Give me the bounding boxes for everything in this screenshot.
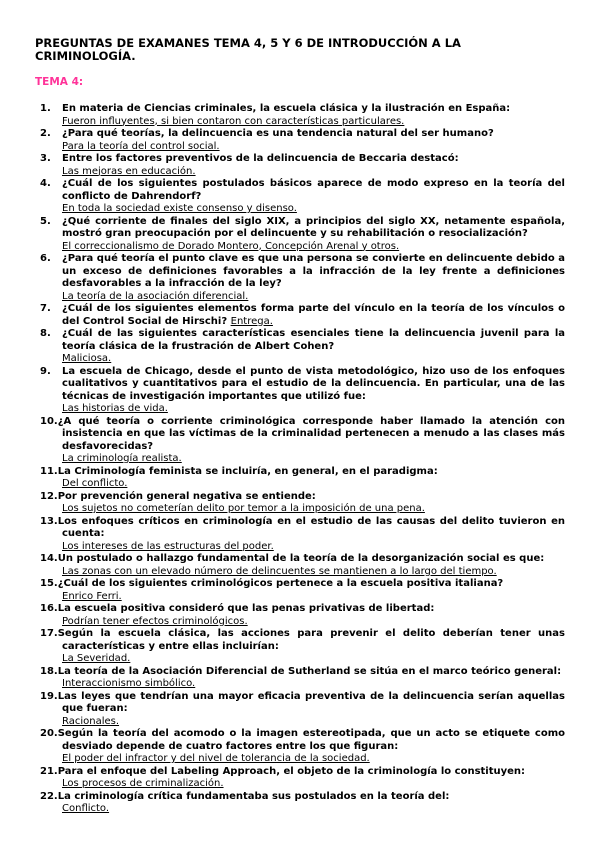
question-text: 15.¿Cuál de los siguientes criminológico…: [40, 578, 565, 591]
question-body: La Criminología feminista se incluiría, …: [58, 466, 438, 477]
question-number: 13.: [40, 516, 58, 527]
answer-text: Del conflicto.: [40, 478, 565, 491]
question-number: 1.: [40, 103, 62, 116]
answer-text: El poder del infractor y del nivel de to…: [40, 753, 565, 766]
question-item: 5.¿Qué corriente de finales del siglo XI…: [40, 216, 565, 254]
question-body: Entre los factores preventivos de la del…: [62, 153, 459, 164]
question-text: 3.Entre los factores preventivos de la d…: [40, 153, 565, 166]
question-text: 12.Por prevención general negativa se en…: [40, 491, 565, 504]
answer-text: Las historias de vida.: [40, 403, 565, 416]
question-number: 16.: [40, 603, 58, 614]
question-list: 1.En materia de Ciencias criminales, la …: [35, 103, 565, 816]
question-body: Los enfoques críticos en criminología en…: [58, 516, 565, 540]
question-number: 21.: [40, 766, 58, 777]
question-item: 13.Los enfoques críticos en criminología…: [40, 516, 565, 554]
question-item: 18.La teoría de la Asociación Diferencia…: [40, 666, 565, 691]
question-item: 19.Las leyes que tendrían una mayor efic…: [40, 691, 565, 729]
answer-text: Interaccionismo simbólico.: [40, 678, 565, 691]
question-body: ¿Cuál de las siguientes características …: [62, 328, 565, 352]
question-item: 10.¿A qué teoría o corriente criminológi…: [40, 416, 565, 466]
question-number: 22.: [40, 791, 58, 802]
question-text: 21.Para el enfoque del Labeling Approach…: [40, 766, 565, 779]
question-item: 12.Por prevención general negativa se en…: [40, 491, 565, 516]
question-item: 22.La criminología crítica fundamentaba …: [40, 791, 565, 816]
question-item: 14.Un postulado o hallazgo fundamental d…: [40, 553, 565, 578]
document-page: PREGUNTAS DE EXAMANES TEMA 4, 5 Y 6 DE I…: [0, 0, 599, 848]
answer-text: Los intereses de las estructuras del pod…: [40, 541, 565, 554]
question-text: 5.¿Qué corriente de finales del siglo XI…: [40, 216, 565, 241]
question-number: 11.: [40, 466, 58, 477]
answer-text: La teoría de la asociación diferencial.: [40, 291, 565, 304]
question-text: 6.¿Para qué teoría el punto clave es que…: [40, 253, 565, 291]
question-body: ¿Cuál de los siguientes postulados básic…: [62, 178, 565, 202]
question-body: ¿Para qué teorías, la delincuencia es un…: [62, 128, 494, 139]
question-body: La escuela positiva consideró que las pe…: [58, 603, 435, 614]
answer-text: La criminología realista.: [40, 453, 565, 466]
answer-text: Conflicto.: [40, 803, 565, 816]
question-item: 3.Entre los factores preventivos de la d…: [40, 153, 565, 178]
question-text: 22.La criminología crítica fundamentaba …: [40, 791, 565, 804]
question-item: 20.Según la teoría del acomodo o la imag…: [40, 728, 565, 766]
question-number: 12.: [40, 491, 58, 502]
question-text: 10.¿A qué teoría o corriente criminológi…: [40, 416, 565, 454]
question-text: 7.¿Cuál de los siguientes elementos form…: [40, 303, 565, 328]
question-item: 1.En materia de Ciencias criminales, la …: [40, 103, 565, 128]
question-item: 4.¿Cuál de los siguientes postulados bás…: [40, 178, 565, 216]
question-number: 5.: [40, 216, 62, 229]
question-number: 7.: [40, 303, 62, 316]
question-body: Las leyes que tendrían una mayor eficaci…: [58, 691, 565, 715]
question-body: La criminología crítica fundamentaba sus…: [58, 791, 450, 802]
question-item: 15.¿Cuál de los siguientes criminológico…: [40, 578, 565, 603]
question-body: ¿A qué teoría o corriente criminológica …: [58, 416, 565, 452]
question-body: En materia de Ciencias criminales, la es…: [62, 103, 510, 114]
question-item: 7.¿Cuál de los siguientes elementos form…: [40, 303, 565, 328]
question-item: 9.La escuela de Chicago, desde el punto …: [40, 366, 565, 416]
question-body: La escuela de Chicago, desde el punto de…: [62, 366, 565, 402]
question-body: ¿Para qué teoría el punto clave es que u…: [62, 253, 565, 289]
question-text: 14.Un postulado o hallazgo fundamental d…: [40, 553, 565, 566]
question-text: 18.La teoría de la Asociación Diferencia…: [40, 666, 565, 679]
question-text: 16.La escuela positiva consideró que las…: [40, 603, 565, 616]
question-number: 19.: [40, 691, 58, 702]
answer-text: Los procesos de criminalización.: [40, 778, 565, 791]
question-number: 20.: [40, 728, 58, 739]
question-item: 21.Para el enfoque del Labeling Approach…: [40, 766, 565, 791]
question-number: 10.: [40, 416, 58, 427]
answer-text: El correccionalismo de Dorado Montero, C…: [40, 241, 565, 254]
question-body: Un postulado o hallazgo fundamental de l…: [58, 553, 545, 564]
question-item: 11.La Criminología feminista se incluirí…: [40, 466, 565, 491]
question-text: 8.¿Cuál de las siguientes característica…: [40, 328, 565, 353]
question-body: La teoría de la Asociación Diferencial d…: [58, 666, 561, 677]
answer-text: Las zonas con un elevado número de delin…: [40, 566, 565, 579]
question-body: Para el enfoque del Labeling Approach, e…: [58, 766, 525, 777]
question-number: 6.: [40, 253, 62, 266]
document-title: PREGUNTAS DE EXAMANES TEMA 4, 5 Y 6 DE I…: [35, 37, 565, 63]
question-number: 8.: [40, 328, 62, 341]
question-text: 20.Según la teoría del acomodo o la imag…: [40, 728, 565, 753]
question-body: Según la teoría del acomodo o la imagen …: [58, 728, 565, 752]
question-text: 4.¿Cuál de los siguientes postulados bás…: [40, 178, 565, 203]
answer-text: Fueron influyentes, si bien contaron con…: [40, 116, 565, 129]
question-body: ¿Cuál de los siguientes elementos forma …: [62, 303, 565, 327]
answer-text: Racionales.: [40, 716, 565, 729]
question-item: 6.¿Para qué teoría el punto clave es que…: [40, 253, 565, 303]
question-number: 18.: [40, 666, 58, 677]
question-number: 14.: [40, 553, 58, 564]
question-text: 11.La Criminología feminista se incluirí…: [40, 466, 565, 479]
answer-text: Podrían tener efectos criminológicos.: [40, 616, 565, 629]
section-heading: TEMA 4:: [35, 76, 565, 88]
answer-text: La Severidad.: [40, 653, 565, 666]
question-body: ¿Qué corriente de finales del siglo XIX,…: [62, 216, 565, 240]
answer-text: Maliciosa.: [40, 353, 565, 366]
question-item: 17.Según la escuela clásica, las accione…: [40, 628, 565, 666]
question-number: 2.: [40, 128, 62, 141]
question-item: 16.La escuela positiva consideró que las…: [40, 603, 565, 628]
question-text: 1.En materia de Ciencias criminales, la …: [40, 103, 565, 116]
question-item: 8.¿Cuál de las siguientes característica…: [40, 328, 565, 366]
answer-text: Las mejoras en educación.: [40, 166, 565, 179]
question-text: 17.Según la escuela clásica, las accione…: [40, 628, 565, 653]
question-number: 3.: [40, 153, 62, 166]
question-text: 9.La escuela de Chicago, desde el punto …: [40, 366, 565, 404]
question-number: 15.: [40, 578, 58, 589]
answer-text: Para la teoría del control social.: [40, 141, 565, 154]
question-body: ¿Cuál de los siguientes criminológicos p…: [58, 578, 504, 589]
answer-text: Los sujetos no cometerían delito por tem…: [40, 503, 565, 516]
question-item: 2.¿Para qué teorías, la delincuencia es …: [40, 128, 565, 153]
question-text: 19.Las leyes que tendrían una mayor efic…: [40, 691, 565, 716]
question-number: 4.: [40, 178, 62, 191]
question-number: 17.: [40, 628, 58, 639]
question-number: 9.: [40, 366, 62, 379]
question-body: Por prevención general negativa se entie…: [58, 491, 316, 502]
answer-text: En toda la sociedad existe consenso y di…: [40, 203, 565, 216]
question-text: 13.Los enfoques críticos en criminología…: [40, 516, 565, 541]
answer-text: Enrico Ferri.: [40, 591, 565, 604]
answer-text: Entrega.: [231, 316, 273, 327]
question-text: 2.¿Para qué teorías, la delincuencia es …: [40, 128, 565, 141]
question-body: Según la escuela clásica, las acciones p…: [58, 628, 565, 652]
